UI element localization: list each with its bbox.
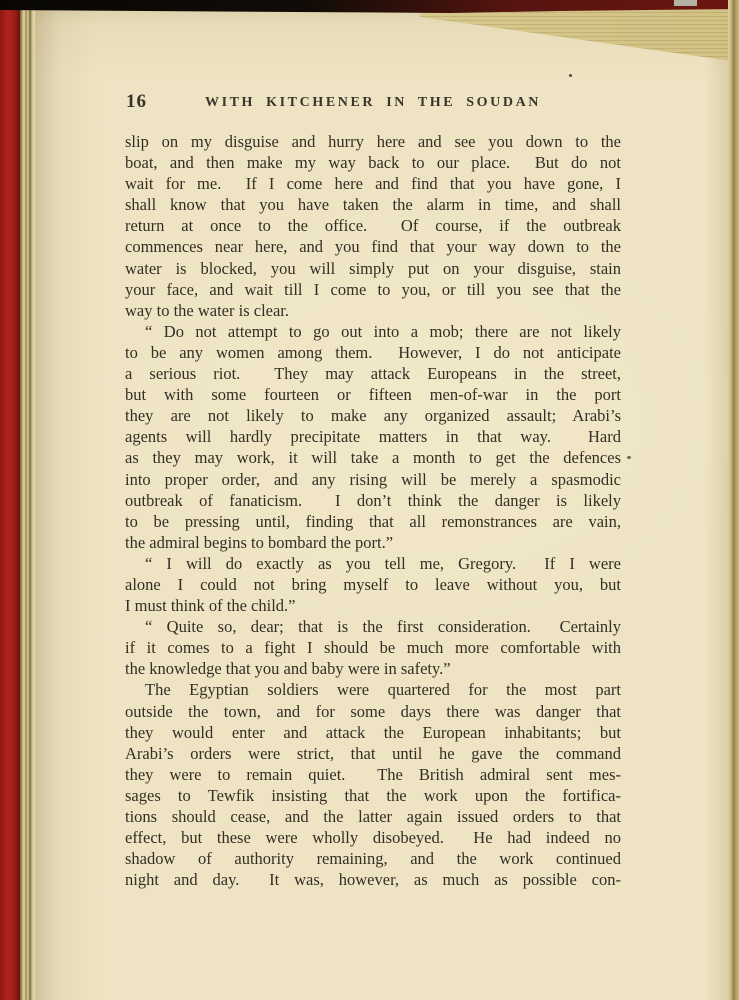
text-line: the admiral begins to bombard the port.” — [125, 532, 621, 553]
text-line: I must think of the child.” — [125, 595, 621, 616]
text-line: shadow of authority remaining, and the w… — [125, 848, 621, 869]
text-line: into proper order, and any rising will b… — [125, 469, 621, 490]
left-page-edges — [20, 2, 35, 1000]
text-line: effect, but these were wholly disobeyed.… — [125, 827, 621, 848]
text-line: they were to remain quiet. The British a… — [125, 764, 621, 785]
text-line: a serious riot. They may attack European… — [125, 363, 621, 384]
top-edge-notch — [674, 0, 697, 6]
paragraph: “ I will do exactly as you tell me, Greg… — [125, 553, 621, 616]
text-line: if it comes to a fight I should be much … — [125, 637, 621, 658]
text-line: the knowledge that you and baby were in … — [125, 658, 621, 679]
text-line: commences near here, and you find that y… — [125, 236, 621, 257]
text-line: “ Quite so, dear; that is the first cons… — [125, 616, 621, 637]
text-line: return at once to the office. Of course,… — [125, 215, 621, 236]
text-line: they are not likely to make any organize… — [125, 405, 621, 426]
text-line: shall know that you have taken the alarm… — [125, 194, 621, 215]
text-line: The Egyptian soldiers were quartered for… — [125, 679, 621, 700]
text-line: agents will hardly precipitate matters i… — [125, 426, 621, 447]
ink-speck — [569, 74, 572, 77]
text-line: outbreak of fanaticism. I don’t think th… — [125, 490, 621, 511]
text-line: Arabi’s orders were strict, that until h… — [125, 743, 621, 764]
text-line: “ I will do exactly as you tell me, Greg… — [125, 553, 621, 574]
paragraph: “ Do not attempt to go out into a mob; t… — [125, 321, 621, 553]
text-line: to be any women among them. However, I d… — [125, 342, 621, 363]
text-line: water is blocked, you will simply put on… — [125, 258, 621, 279]
text-line: as they may work, it will take a month t… — [125, 447, 621, 468]
text-line: alone I could not bring myself to leave … — [125, 574, 621, 595]
text-line: boat, and then make my way back to our p… — [125, 152, 621, 173]
text-line: “ Do not attempt to go out into a mob; t… — [125, 321, 621, 342]
paragraph: “ Quite so, dear; that is the first cons… — [125, 616, 621, 679]
text-line: way to the water is clear. — [125, 300, 621, 321]
text-line: night and day. It was, however, as much … — [125, 869, 621, 890]
paragraph: slip on my disguise and hurry here and s… — [125, 131, 621, 321]
ink-speck — [627, 456, 631, 459]
paragraph: The Egyptian soldiers were quartered for… — [125, 679, 621, 890]
text-line: sages to Tewfik insisting that the work … — [125, 785, 621, 806]
text-line: your face, and wait till I come to you, … — [125, 279, 621, 300]
book-page-scan: 16 WITH KITCHENER IN THE SOUDAN slip on … — [0, 0, 739, 1000]
text-line: to be pressing until, finding that all r… — [125, 511, 621, 532]
right-page-edges — [728, 0, 739, 1000]
running-header-title: WITH KITCHENER IN THE SOUDAN — [125, 95, 621, 111]
book-cover-left-edge — [0, 0, 20, 1000]
text-line: they would enter and attack the European… — [125, 722, 621, 743]
text-line: tions should cease, and the latter again… — [125, 806, 621, 827]
text-block: slip on my disguise and hurry here and s… — [125, 131, 621, 890]
text-line: slip on my disguise and hurry here and s… — [125, 131, 621, 152]
text-line: but with some fourteen or fifteen men-of… — [125, 384, 621, 405]
text-line: wait for me. If I come here and find tha… — [125, 173, 621, 194]
text-line: outside the town, and for some days ther… — [125, 701, 621, 722]
